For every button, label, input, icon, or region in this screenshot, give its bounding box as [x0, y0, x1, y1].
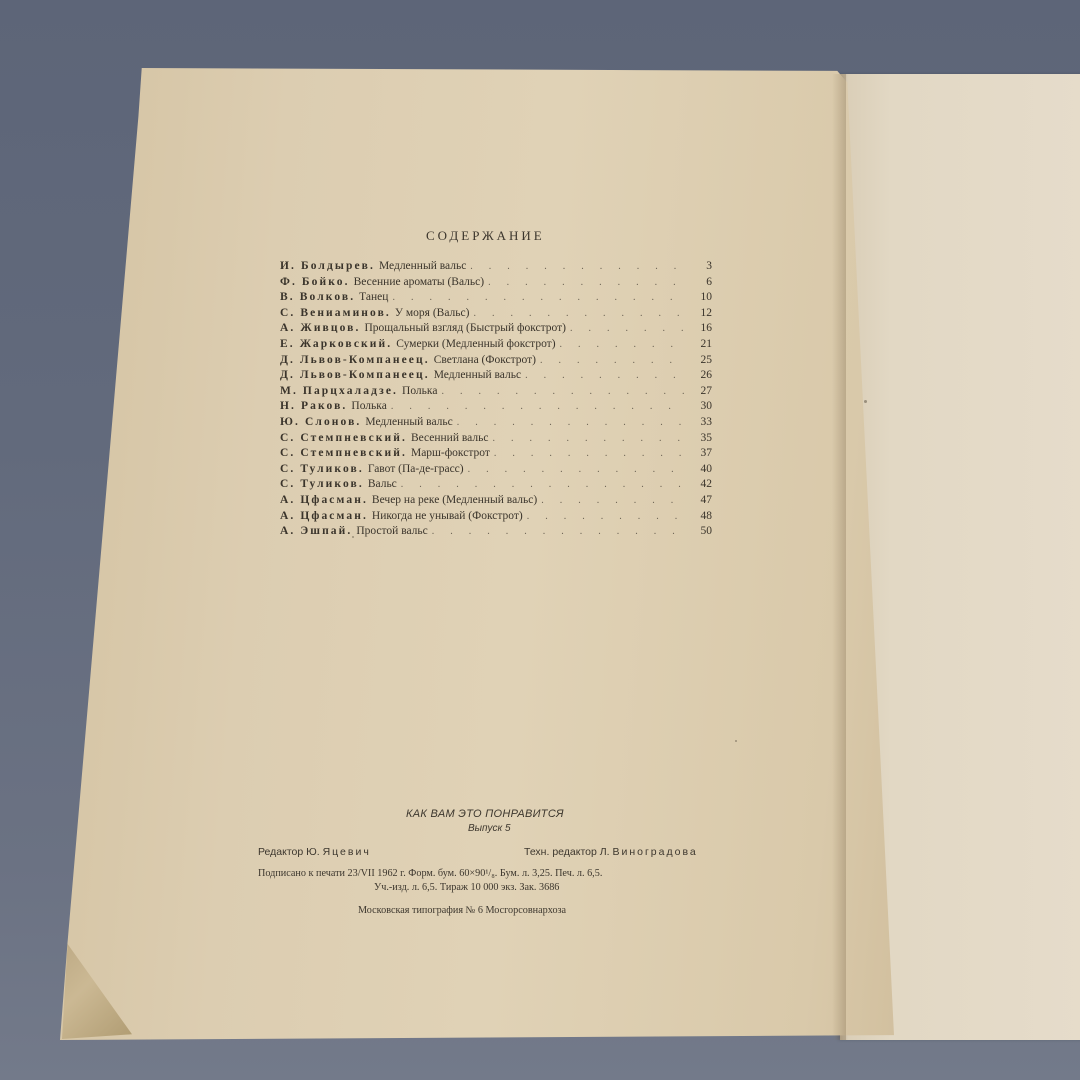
toc-piece-title: У моря (Вальс): [395, 306, 470, 321]
toc-author: С. Стемпневский.: [280, 446, 407, 461]
print-details-line-1: Подписано к печати 23/VII 1962 г. Форм. …: [258, 868, 602, 879]
toc-piece-title: Вальс: [368, 477, 397, 492]
toc-entry: А. Цфасман.Вечер на реке (Медленный валь…: [280, 493, 712, 509]
toc-author: Ю. Слонов.: [280, 415, 361, 430]
toc-author: В. Волков.: [280, 290, 355, 305]
toc-page-number: 12: [690, 306, 712, 321]
editor-label: Редактор Ю.: [258, 846, 320, 858]
paper-speck: [352, 536, 354, 538]
toc-piece-title: Полька: [351, 399, 386, 414]
toc-piece-title: Танец: [359, 290, 388, 305]
toc-piece-title: Прощальный взгляд (Быстрый фокстрот): [364, 321, 566, 336]
toc-page-number: 50: [690, 524, 712, 539]
toc-author: А. Эшпай.: [280, 524, 352, 539]
toc-author: С. Вениаминов.: [280, 306, 391, 321]
paper-speck: [864, 400, 867, 403]
toc-entry: Д. Львов-Компанеец.Светлана (Фокстрот)..…: [280, 353, 712, 369]
toc-author: И. Болдырев.: [280, 259, 375, 274]
editor-credit: Редактор Ю. Яцевич: [258, 846, 371, 858]
toc-entry: В. Волков.Танец.........................…: [280, 290, 712, 306]
toc-page-number: 16: [690, 321, 712, 336]
printer-credit: Московская типография № 6 Мосгорсовнархо…: [358, 905, 566, 916]
leader-dots: ..............................: [468, 463, 686, 478]
leader-dots: ..............................: [473, 307, 686, 322]
toc-page-number: 27: [690, 384, 712, 399]
toc-piece-title: Медленный вальс: [365, 415, 452, 430]
book-title: КАК ВАМ ЭТО ПОНРАВИТСЯ: [406, 808, 564, 820]
leader-dots: ..............................: [570, 322, 686, 337]
toc-author: М. Парцхаладзе.: [280, 384, 398, 399]
toc-entry: А. Цфасман.Никогда не унывай (Фокстрот).…: [280, 509, 712, 525]
toc-page-number: 47: [690, 493, 712, 508]
toc-piece-title: Светлана (Фокстрот): [434, 353, 536, 368]
toc-entry: Ю. Слонов.Медленный вальс...............…: [280, 415, 712, 431]
toc-piece-title: Весенние ароматы (Вальс): [354, 275, 485, 290]
issue-number: Выпуск 5: [468, 823, 511, 834]
toc-piece-title: Весенний вальс: [411, 431, 488, 446]
toc-piece-title: Никогда не унывай (Фокстрот): [372, 509, 523, 524]
leader-dots: ..............................: [401, 478, 686, 493]
toc-author: С. Стемпневский.: [280, 431, 407, 446]
toc-piece-title: Медленный вальс: [379, 259, 466, 274]
toc-author: Д. Львов-Компанеец.: [280, 368, 430, 383]
paper-speck: [735, 740, 737, 742]
toc-piece-title: Сумерки (Медленный фокстрот): [396, 337, 555, 352]
toc-author: А. Цфасман.: [280, 493, 368, 508]
toc-page-number: 33: [690, 415, 712, 430]
toc-page-number: 10: [690, 290, 712, 305]
toc-entry: С. Туликов.Гавот (Па-де-грасс)..........…: [280, 462, 712, 478]
toc-entry: И. Болдырев.Медленный вальс.............…: [280, 259, 712, 275]
leader-dots: ..............................: [392, 291, 686, 306]
toc-entry: Ф. Бойко.Весенние ароматы (Вальс).......…: [280, 275, 712, 291]
toc-page-number: 42: [690, 477, 712, 492]
toc-page-number: 3: [690, 259, 712, 274]
toc-entry: Е. Жарковский.Сумерки (Медленный фокстро…: [280, 337, 712, 353]
toc-author: А. Живцов.: [280, 321, 360, 336]
toc-heading: СОДЕРЖАНИЕ: [426, 228, 545, 244]
leader-dots: ..............................: [560, 338, 686, 353]
toc-entry: С. Вениаминов.У моря (Вальс)............…: [280, 306, 712, 322]
toc-piece-title: Гавот (Па-де-грасс): [368, 462, 464, 477]
leader-dots: ..............................: [527, 510, 686, 525]
toc-entry: Н. Раков.Полька.........................…: [280, 399, 712, 415]
toc-entry: М. Парцхаладзе.Полька...................…: [280, 384, 712, 400]
toc-piece-title: Простой вальс: [356, 524, 427, 539]
toc-piece-title: Полька: [402, 384, 437, 399]
toc-author: Д. Львов-Компанеец.: [280, 353, 430, 368]
toc-page-number: 21: [690, 337, 712, 352]
leader-dots: ..............................: [441, 385, 686, 400]
toc-author: А. Цфасман.: [280, 509, 368, 524]
toc-page-number: 26: [690, 368, 712, 383]
toc-page-number: 48: [690, 509, 712, 524]
print-details-line-2: Уч.-изд. л. 6,5. Тираж 10 000 экз. Зак. …: [374, 882, 559, 893]
tech-editor-name: Виноградова: [612, 846, 697, 858]
toc-author: С. Туликов.: [280, 462, 364, 477]
toc-page-number: 40: [690, 462, 712, 477]
leader-dots: ..............................: [492, 432, 686, 447]
leader-dots: ..............................: [391, 400, 686, 415]
tech-editor-label: Техн. редактор Л.: [524, 846, 610, 858]
toc-entry: А. Живцов.Прощальный взгляд (Быстрый фок…: [280, 321, 712, 337]
tech-editor-credit: Техн. редактор Л. Виноградова: [524, 846, 698, 858]
toc-author: С. Туликов.: [280, 477, 364, 492]
leader-dots: ..............................: [470, 260, 686, 275]
editor-name: Яцевич: [323, 846, 371, 858]
toc-page-number: 25: [690, 353, 712, 368]
toc-author: Н. Раков.: [280, 399, 347, 414]
toc-author: Е. Жарковский.: [280, 337, 392, 352]
leader-dots: ..............................: [541, 494, 686, 509]
toc-entry: Д. Львов-Компанеец.Медленный вальс......…: [280, 368, 712, 384]
toc-page-number: 35: [690, 431, 712, 446]
toc-piece-title: Марш-фокстрот: [411, 446, 490, 461]
page-content: СОДЕРЖАНИЕ И. Болдырев.Медленный вальс..…: [0, 0, 1080, 1080]
toc-entry: С. Стемпневский.Марш-фокстрот...........…: [280, 446, 712, 462]
toc-author: Ф. Бойко.: [280, 275, 350, 290]
leader-dots: ..............................: [488, 276, 686, 291]
leader-dots: ..............................: [540, 354, 686, 369]
toc-piece-title: Медленный вальс: [434, 368, 521, 383]
toc-page-number: 30: [690, 399, 712, 414]
toc-entry: А. Эшпай.Простой вальс..................…: [280, 524, 712, 540]
toc-entry: С. Туликов.Вальс........................…: [280, 477, 712, 493]
toc-piece-title: Вечер на реке (Медленный вальс): [372, 493, 537, 508]
leader-dots: ..............................: [457, 416, 686, 431]
leader-dots: ..............................: [494, 447, 686, 462]
toc-list: И. Болдырев.Медленный вальс.............…: [280, 259, 712, 540]
leader-dots: ..............................: [525, 369, 686, 384]
leader-dots: ..............................: [432, 525, 686, 540]
toc-page-number: 6: [690, 275, 712, 290]
toc-entry: С. Стемпневский.Весенний вальс..........…: [280, 431, 712, 447]
toc-page-number: 37: [690, 446, 712, 461]
